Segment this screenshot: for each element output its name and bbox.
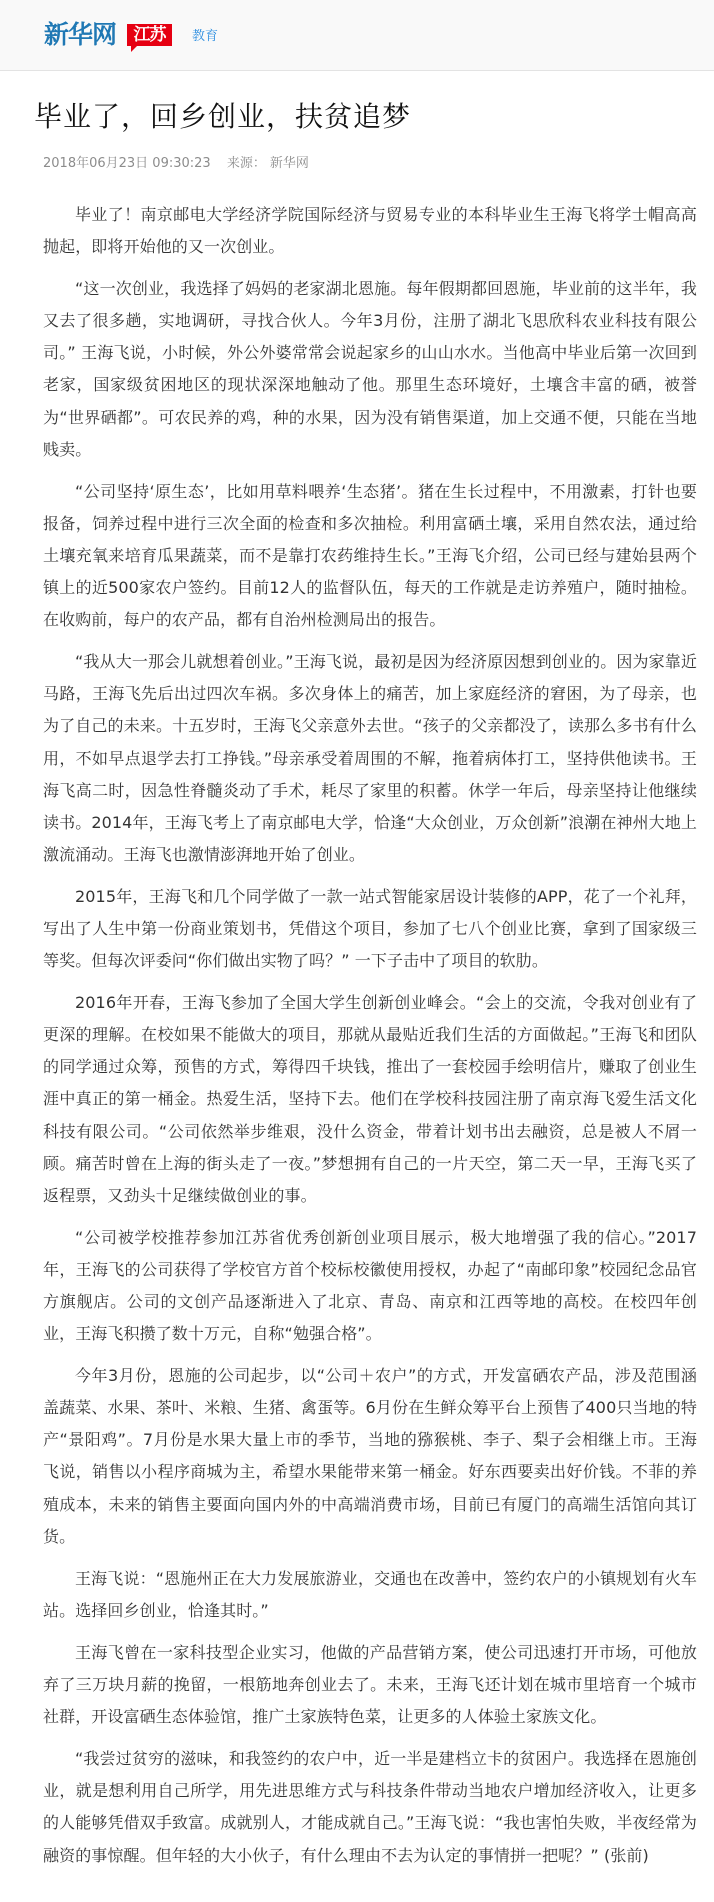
site-header: 新华网 江苏 教育: [0, 0, 714, 71]
speech-bubble-tail-icon: [131, 45, 138, 52]
paragraph: 毕业了！南京邮电大学经济学院国际经济与贸易专业的本科毕业生王海飞将学士帽高高抛起…: [43, 199, 697, 263]
paragraph: 王海飞说：“恩施州正在大力发展旅游业，交通也在改善中，签约农户的小镇规划有火车站…: [43, 1563, 697, 1627]
source-name: 新华网: [270, 156, 309, 171]
paragraph: 王海飞曾在一家科技型企业实习，他做的产品营销方案，使公司迅速打开市场，可他放弃了…: [43, 1637, 697, 1733]
paragraph: 今年3月份，恩施的公司起步，以“公司＋农户”的方式，开发富硒农产品，涉及范围涵盖…: [43, 1360, 697, 1553]
xinhuanet-logo[interactable]: 新华网: [44, 20, 116, 50]
paragraph: “我从大一那会儿就想着创业。”王海飞说，最初是因为经济原因想到创业的。因为家靠近…: [43, 646, 697, 871]
paragraph: “公司坚持‘原生态’，比如用草料喂养‘生态猪’。猪在生长过程中，不用激素，打针也…: [43, 476, 697, 636]
region-badge-jiangsu[interactable]: 江苏: [127, 24, 172, 46]
channel-link-education[interactable]: 教育: [192, 29, 218, 45]
article-meta: 2018年06月23日 09:30:23 来源：新华网: [43, 155, 321, 173]
paragraph: “这一次创业，我选择了妈妈的老家湖北恩施。每年假期都回恩施，毕业前的这半年，我又…: [43, 273, 697, 466]
article-title: 毕业了，回乡创业，扶贫追梦: [34, 98, 411, 136]
article-body: 毕业了！南京邮电大学经济学院国际经济与贸易专业的本科毕业生王海飞将学士帽高高抛起…: [43, 199, 697, 1882]
article-page: 新华网 江苏 教育 毕业了，回乡创业，扶贫追梦 2018年06月23日 09:3…: [0, 0, 714, 1902]
publish-datetime: 2018年06月23日 09:30:23: [43, 156, 211, 171]
paragraph: “公司被学校推荐参加江苏省优秀创新创业项目展示，极大地增强了我的信心。”2017…: [43, 1222, 697, 1350]
source-label: 来源：: [227, 156, 266, 171]
paragraph: 2016年开春，王海飞参加了全国大学生创新创业峰会。“会上的交流，令我对创业有了…: [43, 987, 697, 1212]
paragraph: 2015年，王海飞和几个同学做了一款一站式智能家居设计装修的APP，花了一个礼拜…: [43, 881, 697, 977]
paragraph: “我尝过贫穷的滋味，和我签约的农户中，近一半是建档立卡的贫困户。我选择在恩施创业…: [43, 1743, 697, 1871]
